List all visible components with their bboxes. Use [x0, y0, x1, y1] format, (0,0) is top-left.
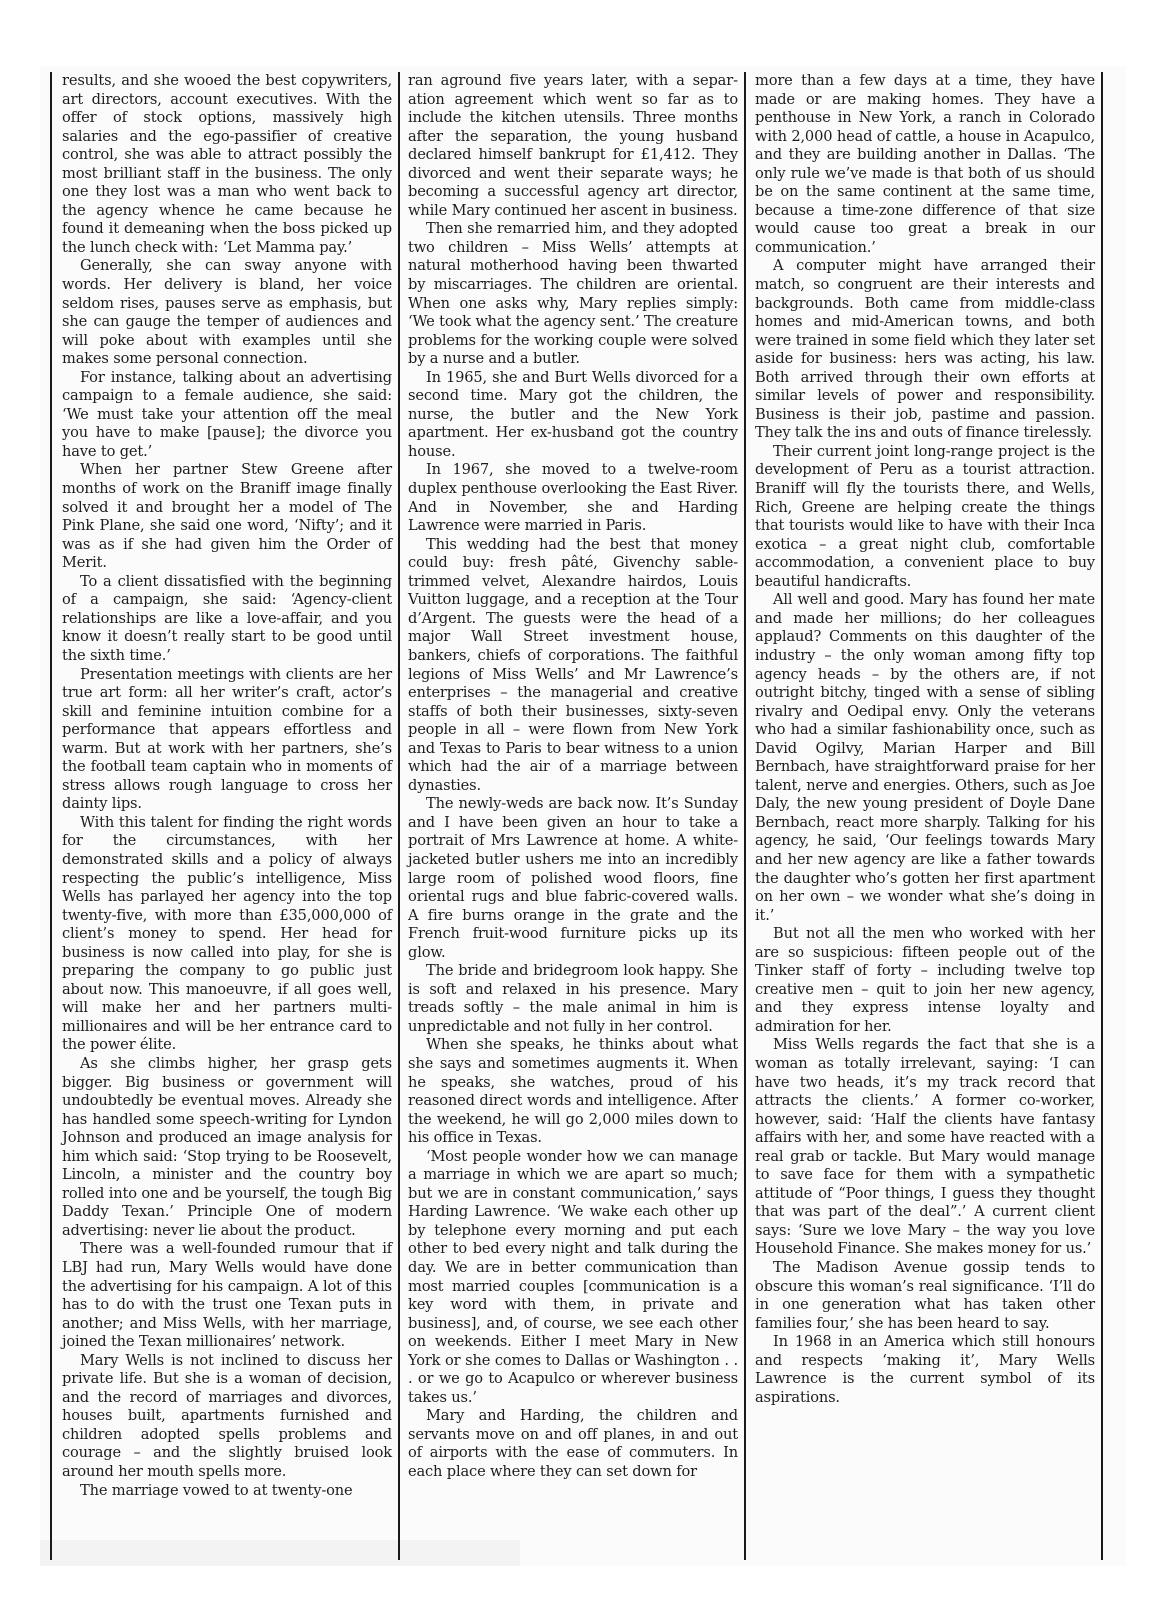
column-rule-left [50, 72, 52, 1560]
paragraph: Mary Wells is not inclined to discuss he… [62, 1352, 392, 1482]
paragraph: Generally, she can sway anyone with word… [62, 257, 392, 368]
text-column-3: more than a few days at a time, they hav… [755, 72, 1095, 1407]
paragraph: For instance, talking about an advertis­… [62, 369, 392, 462]
paragraph: To a client dissatisfied with the begin­… [62, 573, 392, 666]
paragraph: As she climbs higher, her grasp gets big… [62, 1055, 392, 1240]
paragraph: When she speaks, he thinks about what sh… [408, 1036, 738, 1147]
paragraph: In 1968 in an America which still honour… [755, 1333, 1095, 1407]
column-rule-right [1101, 72, 1103, 1560]
paragraph: Then she remarried him, and they adopted… [408, 220, 738, 368]
paragraph: ‘Most people wonder how we can manage a … [408, 1148, 738, 1408]
paragraph: ran aground five years later, with a sep… [408, 72, 738, 220]
paragraph: But not all the men who worked with her … [755, 925, 1095, 1036]
paragraph: Miss Wells regards the fact that she is … [755, 1036, 1095, 1259]
text-column-2: ran aground five years later, with a sep… [408, 72, 738, 1482]
paragraph: With this talent for finding the right w… [62, 814, 392, 1055]
paragraph: This wedding had the best that money cou… [408, 536, 738, 796]
column-rule-2-3 [744, 72, 746, 1560]
paragraph: The Madison Avenue gossip tends to obscu… [755, 1259, 1095, 1333]
paragraph: In 1967, she moved to a twelve-room dupl… [408, 461, 738, 535]
paragraph: The bride and bridegroom look happy. She… [408, 962, 738, 1036]
paragraph: Their current joint long-range project i… [755, 443, 1095, 591]
paragraph: When her partner Stew Greene after month… [62, 461, 392, 572]
paragraph: There was a well-founded rumour that if … [62, 1240, 392, 1351]
paragraph: A computer might have arranged their mat… [755, 257, 1095, 442]
paragraph: The marriage vowed to at twenty-one [62, 1482, 392, 1501]
text-column-1: results, and she wooed the best copy­wri… [62, 72, 392, 1500]
paragraph: results, and she wooed the best copy­wri… [62, 72, 392, 257]
paragraph: In 1965, she and Burt Wells divorced for… [408, 369, 738, 462]
paragraph: more than a few days at a time, they hav… [755, 72, 1095, 257]
paragraph: Mary and Harding, the children and serva… [408, 1407, 738, 1481]
paragraph: Presentation meetings with clients are h… [62, 666, 392, 814]
column-rule-1-2 [398, 72, 400, 1560]
paragraph: The newly-weds are back now. It’s Sunday… [408, 795, 738, 962]
paragraph: All well and good. Mary has found her ma… [755, 591, 1095, 925]
scan-shadow [40, 1540, 520, 1566]
